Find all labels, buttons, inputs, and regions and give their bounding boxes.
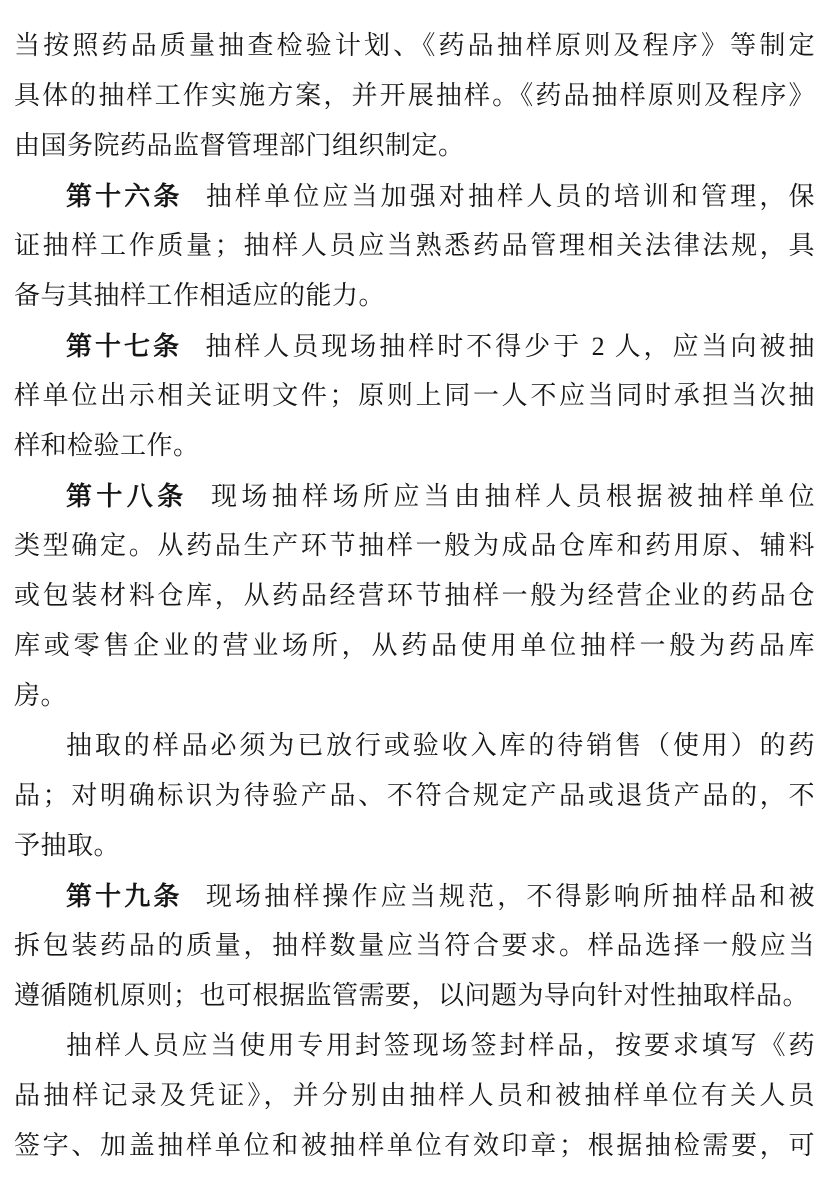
text-line: 签字、加盖抽样单位和被抽样单位有效印章；根据抽检需要，可 — [14, 1121, 815, 1171]
text-line: 品；对明确标识为待验产品、不符合规定产品或退货产品的，不 — [14, 771, 815, 821]
paragraph-article-19: 第十九条现场抽样操作应当规范，不得影响所抽样品和被 拆包装药品的质量，抽样数量应… — [14, 871, 815, 1021]
text-line: 类型确定。从药品生产环节抽样一般为成品仓库和药用原、辅料 — [14, 521, 815, 571]
text-line: 第十六条抽样单位应当加强对抽样人员的培训和管理，保 — [14, 171, 815, 221]
text-line: 当按照药品质量抽查检验计划、《药品抽样原则及程序》等制定 — [14, 21, 815, 71]
paragraph-article-18: 第十八条现场抽样场所应当由抽样人员根据被抽样单位 类型确定。从药品生产环节抽样一… — [14, 471, 815, 721]
text-line: 遵循随机原则；也可根据监管需要，以问题为导向针对性抽取样品。 — [14, 971, 815, 1021]
paragraph-article-17: 第十七条抽样人员现场抽样时不得少于 2 人，应当向被抽 样单位出示相关证明文件；… — [14, 321, 815, 471]
article-number: 第十九条 — [66, 881, 183, 911]
text-line: 由国务院药品监督管理部门组织制定。 — [14, 121, 815, 171]
text-line: 或包装材料仓库，从药品经营环节抽样一般为经营企业的药品仓 — [14, 571, 815, 621]
text-line: 备与其抽样工作相适应的能力。 — [14, 271, 815, 321]
text-line: 拆包装药品的质量，抽样数量应当符合要求。样品选择一般应当 — [14, 921, 815, 971]
line-text: 现场抽样操作应当规范，不得影响所抽样品和被 — [206, 882, 815, 911]
paragraph-continued: 当按照药品质量抽查检验计划、《药品抽样原则及程序》等制定 具体的抽样工作实施方案… — [14, 21, 815, 171]
document-body: 当按照药品质量抽查检验计划、《药品抽样原则及程序》等制定 具体的抽样工作实施方案… — [0, 0, 831, 1180]
text-line: 予抽取。 — [14, 821, 815, 871]
text-line: 第十八条现场抽样场所应当由抽样人员根据被抽样单位 — [14, 471, 815, 521]
text-line: 证抽样工作质量；抽样人员应当熟悉药品管理相关法律法规，具 — [14, 221, 815, 271]
text-line: 具体的抽样工作实施方案，并开展抽样。《药品抽样原则及程序》 — [14, 71, 815, 121]
article-number: 第十七条 — [66, 331, 182, 361]
text-line: 库或零售企业的营业场所，从药品使用单位抽样一般为药品库 — [14, 621, 815, 671]
paragraph-article-18-2: 抽取的样品必须为已放行或验收入库的待销售（使用）的药 品；对明确标识为待验产品、… — [14, 721, 815, 871]
scanned-document-page: { "page": { "background_color": "#ffffff… — [0, 0, 831, 1180]
paragraph-article-19-2: 抽样人员应当使用专用封签现场签封样品，按要求填写《药 品抽样记录及凭证》，并分别… — [14, 1021, 815, 1171]
text-line: 抽样人员应当使用专用封签现场签封样品，按要求填写《药 — [14, 1021, 815, 1071]
text-line: 样和检验工作。 — [14, 421, 815, 471]
text-line: 第十九条现场抽样操作应当规范，不得影响所抽样品和被 — [14, 871, 815, 921]
paragraph-article-16: 第十六条抽样单位应当加强对抽样人员的培训和管理，保 证抽样工作质量；抽样人员应当… — [14, 171, 815, 321]
line-text: 抽样单位应当加强对抽样人员的培训和管理，保 — [206, 182, 815, 211]
text-line: 样单位出示相关证明文件；原则上同一人不应当同时承担当次抽 — [14, 371, 815, 421]
text-line: 抽取的样品必须为已放行或验收入库的待销售（使用）的药 — [14, 721, 815, 771]
article-number: 第十八条 — [66, 481, 188, 511]
text-line: 房。 — [14, 671, 815, 721]
article-number: 第十六条 — [66, 181, 183, 211]
line-text: 现场抽样场所应当由抽样人员根据被抽样单位 — [211, 482, 815, 511]
text-line: 品抽样记录及凭证》，并分别由抽样人员和被抽样单位有关人员 — [14, 1071, 815, 1121]
line-text: 抽样人员现场抽样时不得少于 2 人，应当向被抽 — [205, 332, 815, 361]
text-line: 第十七条抽样人员现场抽样时不得少于 2 人，应当向被抽 — [14, 321, 815, 371]
